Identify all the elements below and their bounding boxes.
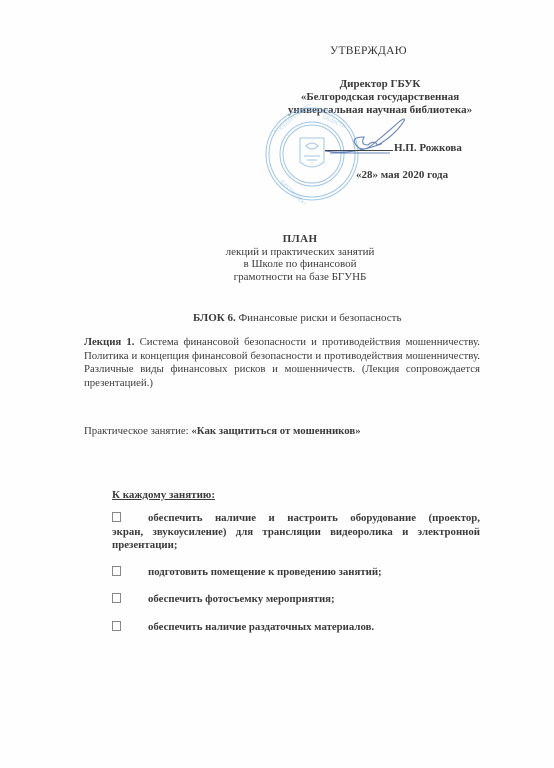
lecture-text: Система финансовой безопасности и против… bbox=[84, 336, 480, 389]
each-session-heading: К каждому занятию: bbox=[112, 489, 215, 501]
block-title: Финансовые риски и безопасность bbox=[238, 312, 401, 324]
signer-name: Н.П. Рожкова bbox=[394, 142, 462, 154]
practice-title: «Как защититься от мошенников» bbox=[191, 425, 360, 437]
checkbox-icon bbox=[112, 566, 121, 576]
task-item: обеспечить фотосъемку мероприятия; bbox=[112, 593, 480, 607]
task-item: подготовить помещение к проведению занят… bbox=[112, 566, 480, 580]
svg-text:БИБЛИОТЕКА: БИБЛИОТЕКА bbox=[279, 179, 309, 204]
checkbox-icon bbox=[112, 621, 121, 631]
task-list: обеспечить наличие и настроить оборудова… bbox=[112, 512, 480, 648]
task-item: обеспечить наличие раздаточных материало… bbox=[112, 621, 480, 635]
task-text: подготовить помещение к проведению занят… bbox=[148, 566, 382, 578]
approval-title: УТВЕРЖДАЮ bbox=[330, 45, 407, 57]
task-text: обеспечить фотосъемку мероприятия; bbox=[148, 593, 335, 605]
checkbox-icon bbox=[112, 512, 121, 522]
plan-subtitle-line: в Школе по финансовой bbox=[180, 258, 420, 271]
task-text: обеспечить наличие и настроить оборудова… bbox=[112, 512, 480, 551]
plan-subtitle-line: лекций и практических занятий bbox=[180, 246, 420, 259]
task-text: обеспечить наличие раздаточных материало… bbox=[148, 621, 374, 633]
director-line: «Белгородская государственная bbox=[255, 91, 505, 104]
director-line: Директор ГБУК bbox=[255, 78, 505, 91]
task-item: обеспечить наличие и настроить оборудова… bbox=[112, 512, 480, 553]
approval-date: «28» мая 2020 года bbox=[356, 169, 448, 181]
practice-line: Практическое занятие: «Как защититься от… bbox=[84, 425, 361, 437]
plan-title: ПЛАН bbox=[180, 233, 420, 246]
signature-line bbox=[325, 150, 393, 151]
document-page: УТВЕРЖДАЮ Директор ГБУК «Белгородская го… bbox=[0, 0, 554, 768]
plan-heading: ПЛАН лекций и практических занятий в Шко… bbox=[180, 233, 420, 283]
plan-subtitle-line: грамотности на базе БГУНБ bbox=[180, 271, 420, 284]
lecture-paragraph: Лекция 1. Система финансовой безопасност… bbox=[84, 336, 480, 390]
checkbox-icon bbox=[112, 593, 121, 603]
practice-label: Практическое занятие: bbox=[84, 425, 189, 437]
lecture-label: Лекция 1. bbox=[84, 336, 134, 348]
block-label: БЛОК 6. bbox=[193, 312, 236, 324]
block-heading: БЛОК 6. Финансовые риски и безопасность bbox=[193, 312, 401, 324]
